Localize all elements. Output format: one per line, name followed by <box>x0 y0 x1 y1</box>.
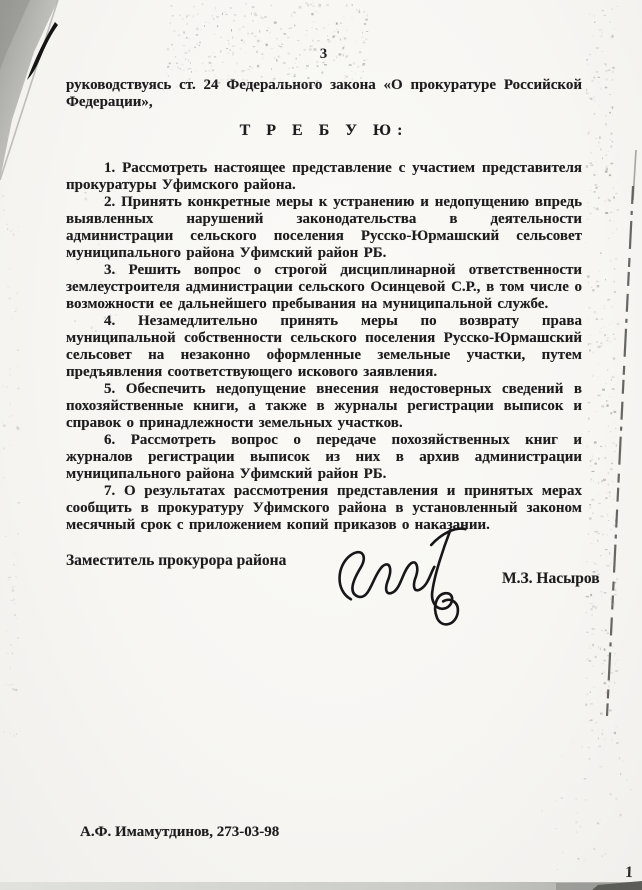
order-item: 7. О результатах рассмотрения представле… <box>66 483 582 534</box>
order-item: 3. Решить вопрос о строгой дисциплинарно… <box>66 262 582 313</box>
page-number: 3 <box>66 46 582 63</box>
footer-contact: А.Ф. Имамутдинов, 273-03-98 <box>80 824 279 841</box>
document-body: 3 руководствуясь ст. 24 Федерального зак… <box>0 0 642 668</box>
order-item: 1. Рассмотреть настоящее представление с… <box>66 160 582 194</box>
signoff-block: Заместитель прокурора района М.З. Насыро… <box>66 552 582 668</box>
bottom-scan-dark2 <box>592 881 642 890</box>
demand-heading: Т Р Е Б У Ю: <box>66 122 582 140</box>
order-item: 4. Незамедлительно принять меры по возвр… <box>66 313 582 381</box>
handwritten-signature <box>329 520 495 640</box>
order-item: 2. Принять конкретные меры к устранению … <box>66 194 582 262</box>
intro-paragraph: руководствуясь ст. 24 Федерального закон… <box>66 77 582 111</box>
bottom-scan-dark1 <box>556 883 642 890</box>
order-item: 6. Рассмотреть вопрос о передаче похозяй… <box>66 432 582 483</box>
signature-main-stroke <box>338 548 436 600</box>
signer-name: М.З. Насыров <box>502 570 600 588</box>
signer-position-title: Заместитель прокурора района <box>66 552 286 570</box>
scan-corner-mark: 1 <box>625 864 634 882</box>
order-item: 5. Обеспечить недопущение внесения недос… <box>66 381 582 432</box>
bottom-scan-strip <box>0 882 642 890</box>
scanned-document-page: 3 руководствуясь ст. 24 Федерального зак… <box>0 0 642 890</box>
